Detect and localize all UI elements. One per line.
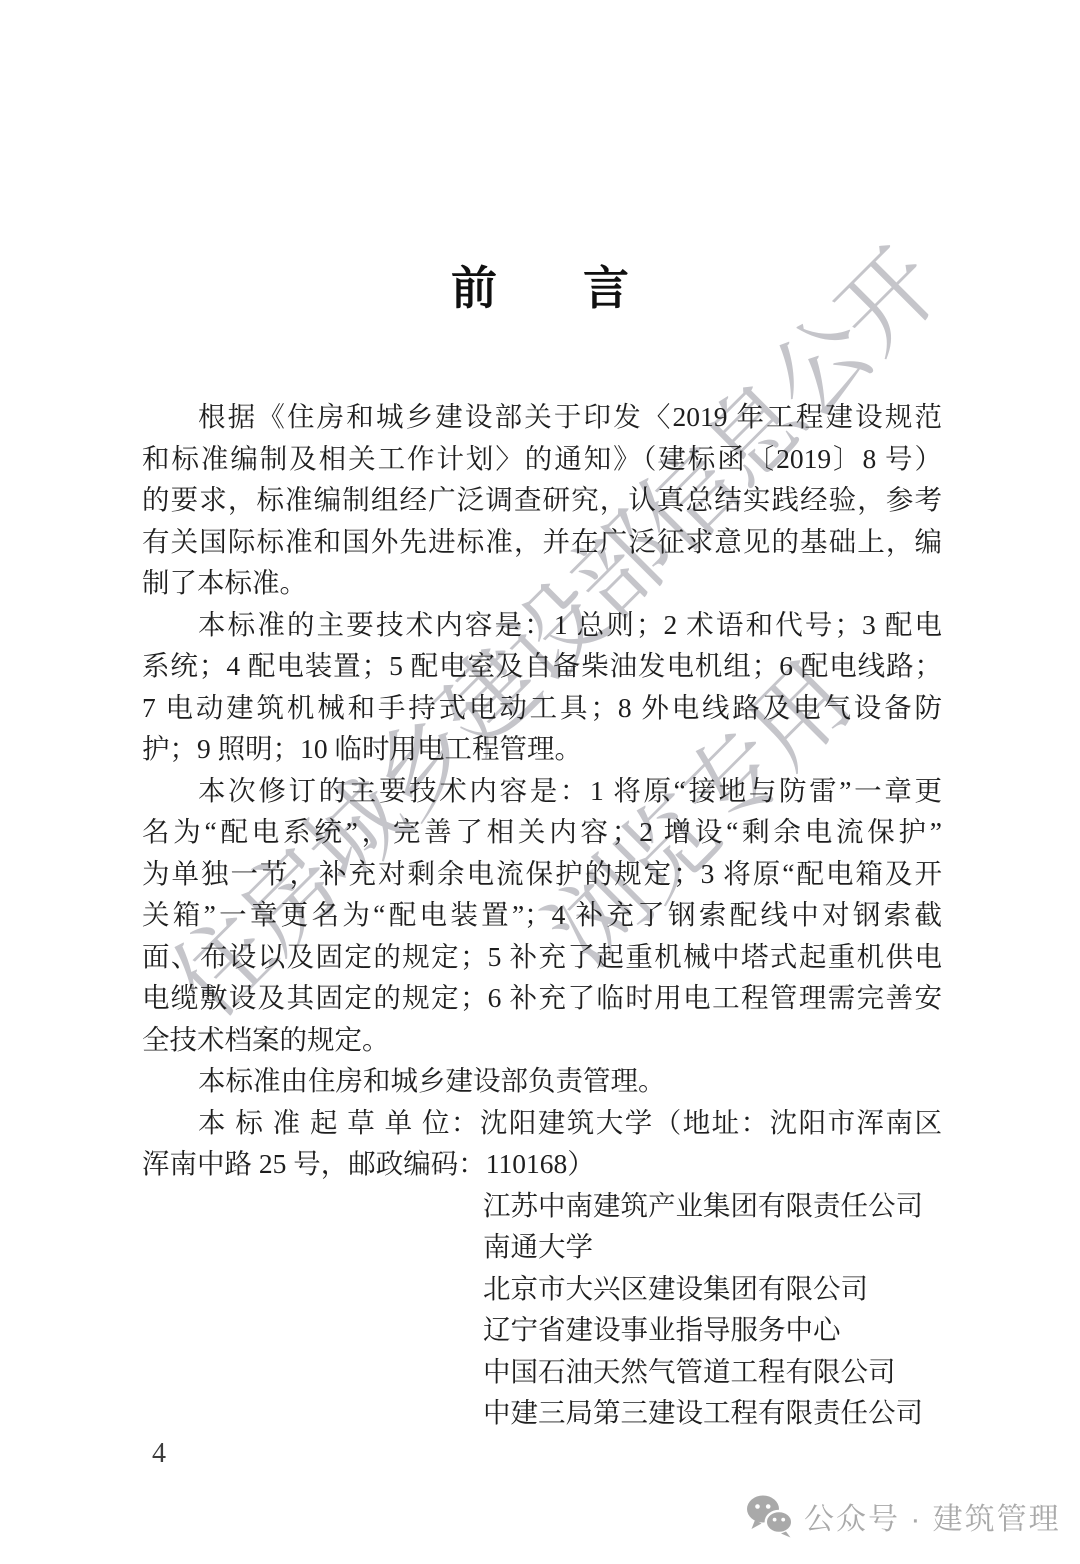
body-text: 根据《住房和城乡建设部关于印发〈2019 年工程建设规范和标准编制及相关工作计划… <box>142 396 942 1434</box>
page-number: 4 <box>152 1438 166 1470</box>
text-line: 护；9 照明；10 临时用电工程管理。 <box>142 728 942 770</box>
text-line: 本次修订的主要技术内容是：1 将原“接地与防雷”一章更 <box>142 770 942 812</box>
text-line: 为单独一节，补充对剩余电流保护的规定；3 将原“配电箱及开 <box>142 853 942 895</box>
title-char-qian: 前 <box>451 263 497 314</box>
text-line: 本标准由住房和城乡建设部负责管理。 <box>142 1060 942 1102</box>
text-line: 系统；4 配电装置；5 配电室及自备柴油发电机组；6 配电线路； <box>142 645 942 687</box>
text-line: 的要求，标准编制组经广泛调查研究，认真总结实践经验，参考 <box>142 479 942 521</box>
text-line: 名为“配电系统”，完善了相关内容；2 增设“剩余电流保护” <box>142 811 942 853</box>
text-line: 有关国际标准和国外先进标准，并在广泛征求意见的基础上，编 <box>142 521 942 563</box>
text-line: 电缆敷设及其固定的规定；6 补充了临时用电工程管理需完善安 <box>142 977 942 1019</box>
title-char-yan: 言 <box>583 263 629 314</box>
text-line: 本 标 准 起 草 单 位：沈阳建筑大学（地址：沈阳市浑南区 <box>142 1102 942 1144</box>
text-line: 7 电动建筑机械和手持式电动工具；8 外电线路及电气设备防 <box>142 687 942 729</box>
text-line: 关箱”一章更名为“配电装置”；4 补充了钢索配线中对钢索截 <box>142 894 942 936</box>
text-line: 根据《住房和城乡建设部关于印发〈2019 年工程建设规范 <box>142 396 942 438</box>
text-line: 本标准的主要技术内容是：1 总则；2 术语和代号；3 配电 <box>142 604 942 646</box>
text-line: 全技术档案的规定。 <box>142 1019 942 1061</box>
text-line: 制了本标准。 <box>142 562 942 604</box>
text-line: 和标准编制及相关工作计划〉的通知》（建标函〔2019〕8 号） <box>142 438 942 480</box>
drafting-unit-item: 中国石油天然气管道工程有限公司 <box>142 1351 942 1393</box>
drafting-unit-item: 辽宁省建设事业指导服务中心 <box>142 1309 942 1351</box>
drafting-unit-item: 北京市大兴区建设集团有限公司 <box>142 1268 942 1310</box>
wechat-icon <box>746 1494 794 1538</box>
text-line: 面、布设以及固定的规定；5 补充了起重机械中塔式起重机供电 <box>142 936 942 978</box>
drafting-unit-item: 南通大学 <box>142 1226 942 1268</box>
document-page: 住房城乡建设部信息公开 浏览专用 前言 根据《住房和城乡建设部关于印发〈2019… <box>0 0 1080 1564</box>
drafting-unit-item: 中建三局第三建设工程有限责任公司 <box>142 1392 942 1434</box>
drafting-unit-item: 江苏中南建筑产业集团有限责任公司 <box>142 1185 942 1227</box>
text-line: 浑南中路 25 号，邮政编码：110168） <box>142 1143 942 1185</box>
wechat-badge: 公众号 · 建筑管理 <box>746 1494 1061 1538</box>
page-title: 前言 <box>0 252 1080 318</box>
wechat-badge-label: 公众号 · 建筑管理 <box>804 1494 1061 1538</box>
